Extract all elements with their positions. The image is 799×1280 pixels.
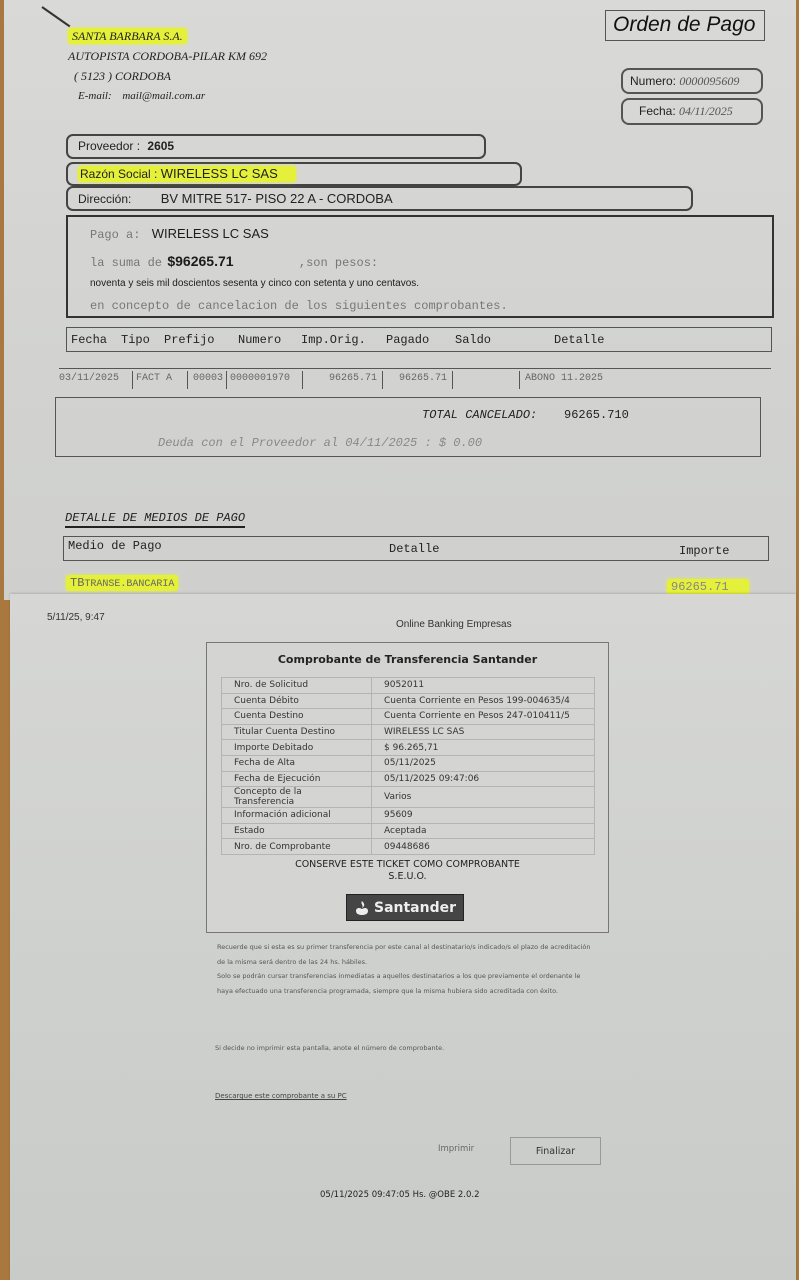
direccion-field: Dirección: BV MITRE 517- PISO 22 A - COR… — [66, 186, 693, 211]
company-address: AUTOPISTA CORDOBA-PILAR KM 692 — [68, 46, 267, 66]
field-value: Aceptada — [372, 823, 595, 839]
proveedor-label: Proveedor : — [78, 139, 140, 153]
row-detalle: ABONO 11.2025 — [525, 373, 603, 384]
col-fecha: Fecha — [71, 333, 107, 347]
col-detalle: Detalle — [554, 333, 604, 347]
razon-social-value: WIRELESS LC SAS — [161, 166, 278, 181]
footer-timestamp: 05/11/2025 09:47:05 Hs. @OBE 2.0.2 — [320, 1190, 480, 1200]
field-label: Importe Debitado — [222, 740, 372, 756]
field-label: Cuenta Débito — [222, 693, 372, 709]
direccion-label: Dirección: — [78, 192, 131, 206]
field-value: Cuenta Corriente en Pesos 247-010411/5 — [372, 709, 595, 725]
santander-logo-text: Santander — [374, 900, 456, 916]
table-row: Concepto de la TransferenciaVarios — [222, 787, 595, 808]
row-numero: 0000001970 — [230, 373, 290, 384]
numero-label: Numero: — [630, 74, 676, 88]
field-value: 05/11/2025 — [372, 755, 595, 771]
col-medio-pago: Medio de Pago — [68, 539, 162, 553]
download-link[interactable]: Descargue este comprobante a su PC — [215, 1092, 347, 1100]
pen-mark — [41, 6, 70, 27]
legal-notice: Recuerde que si esta es su primer transf… — [217, 940, 597, 998]
document-title: Orden de Pago — [605, 10, 765, 41]
field-label: Información adicional — [222, 808, 372, 824]
table-row: Cuenta DébitoCuenta Corriente en Pesos 1… — [222, 693, 595, 709]
field-label: Titular Cuenta Destino — [222, 724, 372, 740]
comprobante-box: Comprobante de Transferencia Santander N… — [206, 642, 609, 933]
medio-importe: 96265.71 — [667, 579, 749, 595]
fecha-label: Fecha: — [639, 104, 676, 118]
field-value: 05/11/2025 09:47:06 — [372, 771, 595, 787]
table-row: Titular Cuenta DestinoWIRELESS LC SAS — [222, 724, 595, 740]
col-prefijo: Prefijo — [164, 333, 214, 347]
company-header: SANTA BARBARA S.A. AUTOPISTA CORDOBA-PIL… — [68, 26, 267, 106]
field-label: Nro. de Comprobante — [222, 839, 372, 855]
fecha-pill: Fecha: 04/11/2025 — [621, 98, 763, 125]
pago-a-value: WIRELESS LC SAS — [152, 226, 269, 241]
table-row: 03/11/2025 FACT A 00003 0000001970 96265… — [59, 368, 771, 390]
col-pagado: Pagado — [386, 333, 429, 347]
finalizar-button[interactable]: Finalizar — [510, 1137, 601, 1165]
medios-pago-title: DETALLE DE MEDIOS DE PAGO — [65, 511, 245, 528]
table-row: Fecha de Alta05/11/2025 — [222, 755, 595, 771]
seuo-text: S.E.U.O. — [207, 871, 608, 883]
razon-social-label: Razón Social : — [80, 167, 157, 181]
company-email: mail@mail.com.ar — [122, 90, 205, 102]
field-value: 09448686 — [372, 839, 595, 855]
santander-logo: Santander — [346, 894, 464, 921]
email-label: E-mail: — [78, 90, 112, 102]
suma-label: la suma de — [90, 256, 162, 270]
direccion-value: BV MITRE 517- PISO 22 A - CORDOBA — [161, 191, 393, 206]
company-city: ( 5123 ) CORDOBA — [68, 66, 267, 86]
monto-en-letras: noventa y seis mil doscientos sesenta y … — [90, 278, 419, 289]
razon-social-field: Razón Social : WIRELESS LC SAS — [66, 162, 522, 186]
col-medio-detalle: Detalle — [389, 542, 439, 556]
field-label: Concepto de la Transferencia — [222, 787, 372, 808]
field-value: Varios — [372, 787, 595, 808]
table-row: Información adicional95609 — [222, 808, 595, 824]
orden-de-pago-sheet: SANTA BARBARA S.A. AUTOPISTA CORDOBA-PIL… — [4, 0, 796, 600]
company-name: SANTA BARBARA S.A. — [68, 28, 187, 44]
proveedor-field: Proveedor : 2605 — [66, 134, 486, 159]
suma-value: $96265.71 — [167, 253, 233, 269]
table-row: Cuenta DestinoCuenta Corriente en Pesos … — [222, 709, 595, 725]
field-value: 9052011 — [372, 678, 595, 694]
field-label: Fecha de Alta — [222, 755, 372, 771]
comprobante-sheet: 5/11/25, 9:47 Online Banking Empresas Co… — [10, 594, 796, 1280]
table-row: Fecha de Ejecución05/11/2025 09:47:06 — [222, 771, 595, 787]
legal-text-3: Si decide no imprimir esta pantalla, ano… — [215, 1044, 444, 1052]
table-row: Importe Debitado$ 96.265,71 — [222, 740, 595, 756]
medio-codigo: TB — [70, 576, 84, 590]
comprobantes-table-header: Fecha Tipo Prefijo Numero Imp.Orig. Paga… — [66, 327, 772, 352]
col-tipo: Tipo — [121, 333, 150, 347]
table-row: EstadoAceptada — [222, 823, 595, 839]
medio-row: TBTRANSE.BANCARIA — [66, 575, 178, 591]
concepto-text: en concepto de cancelacion de los siguie… — [90, 299, 508, 313]
field-label: Cuenta Destino — [222, 709, 372, 725]
son-pesos-label: ,son pesos: — [299, 256, 378, 270]
conserve-text: CONSERVE ESTE TICKET COMO COMPROBANTE — [207, 859, 608, 871]
col-saldo: Saldo — [455, 333, 491, 347]
flame-icon — [354, 900, 370, 916]
page-title: Online Banking Empresas — [396, 619, 512, 630]
field-label: Nro. de Solicitud — [222, 678, 372, 694]
numero-value: 0000095609 — [679, 74, 739, 88]
row-pagado: 96265.71 — [399, 373, 447, 384]
field-label: Estado — [222, 823, 372, 839]
field-value: $ 96.265,71 — [372, 740, 595, 756]
print-datetime: 5/11/25, 9:47 — [47, 612, 105, 623]
total-box: TOTAL CANCELADO: 96265.710 Deuda con el … — [55, 397, 761, 457]
total-cancelado-label: TOTAL CANCELADO: — [422, 408, 537, 422]
table-row: Nro. de Comprobante09448686 — [222, 839, 595, 855]
legal-text-2: Solo se podrán cursar transferencias inm… — [217, 969, 597, 998]
col-importe: Importe — [679, 544, 729, 558]
table-row: Nro. de Solicitud9052011 — [222, 678, 595, 694]
imprimir-button[interactable]: Imprimir — [438, 1144, 474, 1154]
row-imp-orig: 96265.71 — [329, 373, 377, 384]
pago-a-label: Pago a: — [90, 228, 140, 242]
numero-pill: Numero: 0000095609 — [621, 68, 763, 94]
total-cancelado-value: 96265.710 — [564, 408, 629, 422]
col-imp-orig: Imp.Orig. — [301, 333, 366, 347]
row-fecha: 03/11/2025 — [59, 373, 119, 384]
medio-nombre: TRANSE.BANCARIA — [84, 579, 174, 590]
field-value: WIRELESS LC SAS — [372, 724, 595, 740]
proveedor-value: 2605 — [147, 139, 174, 153]
pago-box: Pago a: WIRELESS LC SAS la suma de $9626… — [66, 215, 774, 318]
col-numero: Numero — [238, 333, 281, 347]
fecha-value: 04/11/2025 — [679, 104, 733, 118]
medios-table-header: Medio de Pago Detalle Importe — [63, 536, 769, 561]
legal-text-1: Recuerde que si esta es su primer transf… — [217, 940, 597, 969]
comprobante-title: Comprobante de Transferencia Santander — [207, 653, 608, 666]
field-value: 95609 — [372, 808, 595, 824]
deuda-proveedor: Deuda con el Proveedor al 04/11/2025 : $… — [158, 436, 482, 450]
row-prefijo: 00003 — [193, 373, 223, 384]
row-tipo: FACT A — [136, 373, 172, 384]
field-label: Fecha de Ejecución — [222, 771, 372, 787]
comprobante-fields-table: Nro. de Solicitud9052011Cuenta DébitoCue… — [221, 677, 595, 855]
field-value: Cuenta Corriente en Pesos 199-004635/4 — [372, 693, 595, 709]
